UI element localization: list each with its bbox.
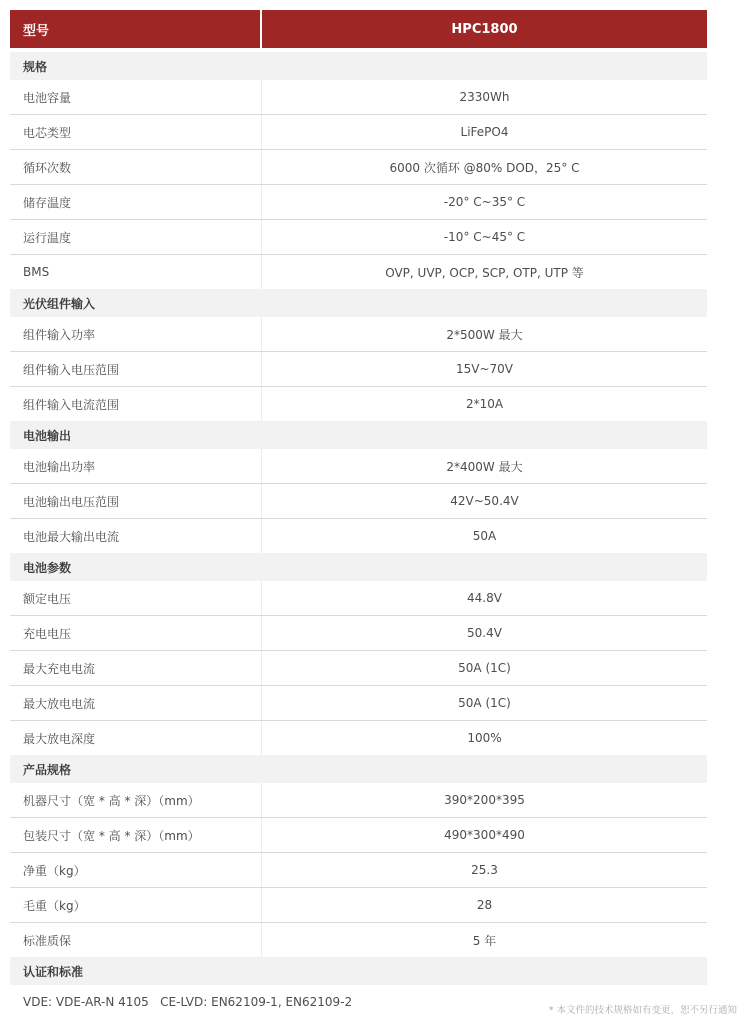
- table-row: 组件输入电流范围2*10A: [10, 386, 707, 421]
- section-header: 规格: [10, 52, 707, 80]
- row-label: 组件输入功率: [10, 317, 262, 351]
- table-row: 毛重（kg）28: [10, 887, 707, 922]
- table-row: 组件输入电压范围15V~70V: [10, 351, 707, 386]
- row-value: OVP, UVP, OCP, SCP, OTP, UTP 等: [262, 255, 707, 289]
- table-row: 标准质保5 年: [10, 922, 707, 957]
- table-row: 最大放电深度100%: [10, 720, 707, 755]
- row-value: 2*400W 最大: [262, 449, 707, 483]
- table-row: 额定电压44.8V: [10, 581, 707, 615]
- row-value: LiFePO4: [262, 115, 707, 149]
- row-value: 15V~70V: [262, 352, 707, 386]
- table-row: 储存温度-20° C~35° C: [10, 184, 707, 219]
- table-row: 最大充电电流50A (1C): [10, 650, 707, 685]
- row-label: 包装尺寸（宽 * 高 * 深）（mm）: [10, 818, 262, 852]
- table-row: 组件输入功率2*500W 最大: [10, 317, 707, 351]
- sections-container: 规格电池容量2330Wh电芯类型LiFePO4循环次数6000 次循环 @80%…: [10, 52, 707, 985]
- table-row: 最大放电电流50A (1C): [10, 685, 707, 720]
- row-label: 电池输出功率: [10, 449, 262, 483]
- row-label: 额定电压: [10, 581, 262, 615]
- table-row: 电池输出电压范围42V~50.4V: [10, 483, 707, 518]
- section-rows: 额定电压44.8V充电电压50.4V最大充电电流50A (1C)最大放电电流50…: [10, 581, 707, 755]
- section-header: 光伏组件输入: [10, 289, 707, 317]
- row-value: 2*10A: [262, 387, 707, 421]
- row-label: 运行温度: [10, 220, 262, 254]
- row-label: 组件输入电流范围: [10, 387, 262, 421]
- row-value: 6000 次循环 @80% DOD，25° C: [262, 150, 707, 184]
- row-value: 44.8V: [262, 581, 707, 615]
- section-rows: 电池容量2330Wh电芯类型LiFePO4循环次数6000 次循环 @80% D…: [10, 80, 707, 289]
- row-label: 机器尺寸（宽 * 高 * 深）（mm）: [10, 783, 262, 817]
- section-rows: 机器尺寸（宽 * 高 * 深）（mm）390*200*395包装尺寸（宽 * 高…: [10, 783, 707, 957]
- row-value: 5 年: [262, 923, 707, 957]
- section-header: 产品规格: [10, 755, 707, 783]
- table-row: 电芯类型LiFePO4: [10, 114, 707, 149]
- section-rows: 组件输入功率2*500W 最大组件输入电压范围15V~70V组件输入电流范围2*…: [10, 317, 707, 421]
- row-label: 充电电压: [10, 616, 262, 650]
- row-value: 50A (1C): [262, 686, 707, 720]
- row-value: 25.3: [262, 853, 707, 887]
- model-label: 型号: [10, 20, 260, 39]
- spec-table: 型号 HPC1800 规格电池容量2330Wh电芯类型LiFePO4循环次数60…: [10, 10, 707, 1019]
- row-value: 28: [262, 888, 707, 922]
- row-value: 100%: [262, 721, 707, 755]
- disclaimer-note: * 本文件的技术规格如有变更，恕不另行通知: [549, 1002, 737, 1016]
- row-label: 最大放电电流: [10, 686, 262, 720]
- row-label: 毛重（kg）: [10, 888, 262, 922]
- model-value: HPC1800: [262, 22, 707, 37]
- row-label: 最大放电深度: [10, 721, 262, 755]
- row-value: -10° C~45° C: [262, 220, 707, 254]
- spec-sheet-page: 型号 HPC1800 规格电池容量2330Wh电芯类型LiFePO4循环次数60…: [0, 0, 756, 1024]
- row-label: 储存温度: [10, 185, 262, 219]
- table-row: 包装尺寸（宽 * 高 * 深）（mm）490*300*490: [10, 817, 707, 852]
- section-header: 认证和标准: [10, 957, 707, 985]
- section-header: 电池输出: [10, 421, 707, 449]
- row-label: 电池容量: [10, 80, 262, 114]
- row-value: 50A (1C): [262, 651, 707, 685]
- row-label: 组件输入电压范围: [10, 352, 262, 386]
- table-row: 电池容量2330Wh: [10, 80, 707, 114]
- row-label: 标准质保: [10, 923, 262, 957]
- row-label: 电池最大输出电流: [10, 519, 262, 553]
- row-value: 42V~50.4V: [262, 484, 707, 518]
- table-row: 电池最大输出电流50A: [10, 518, 707, 553]
- table-row: 运行温度-10° C~45° C: [10, 219, 707, 254]
- row-value: 2*500W 最大: [262, 317, 707, 351]
- section-rows: 电池输出功率2*400W 最大电池输出电压范围42V~50.4V电池最大输出电流…: [10, 449, 707, 553]
- row-value: 490*300*490: [262, 818, 707, 852]
- row-value: -20° C~35° C: [262, 185, 707, 219]
- table-row: 充电电压50.4V: [10, 615, 707, 650]
- row-label: 循环次数: [10, 150, 262, 184]
- row-value: 2330Wh: [262, 80, 707, 114]
- row-value: 50.4V: [262, 616, 707, 650]
- section-header: 电池参数: [10, 553, 707, 581]
- row-value: 50A: [262, 519, 707, 553]
- model-header-row: 型号 HPC1800: [10, 10, 707, 48]
- table-row: BMSOVP, UVP, OCP, SCP, OTP, UTP 等: [10, 254, 707, 289]
- table-row: 循环次数6000 次循环 @80% DOD，25° C: [10, 149, 707, 184]
- row-label: 电池输出电压范围: [10, 484, 262, 518]
- row-label: 电芯类型: [10, 115, 262, 149]
- row-label: BMS: [10, 255, 262, 289]
- table-row: 机器尺寸（宽 * 高 * 深）（mm）390*200*395: [10, 783, 707, 817]
- row-label: 最大充电电流: [10, 651, 262, 685]
- row-label: 净重（kg）: [10, 853, 262, 887]
- table-row: 净重（kg）25.3: [10, 852, 707, 887]
- row-value: 390*200*395: [262, 783, 707, 817]
- table-row: 电池输出功率2*400W 最大: [10, 449, 707, 483]
